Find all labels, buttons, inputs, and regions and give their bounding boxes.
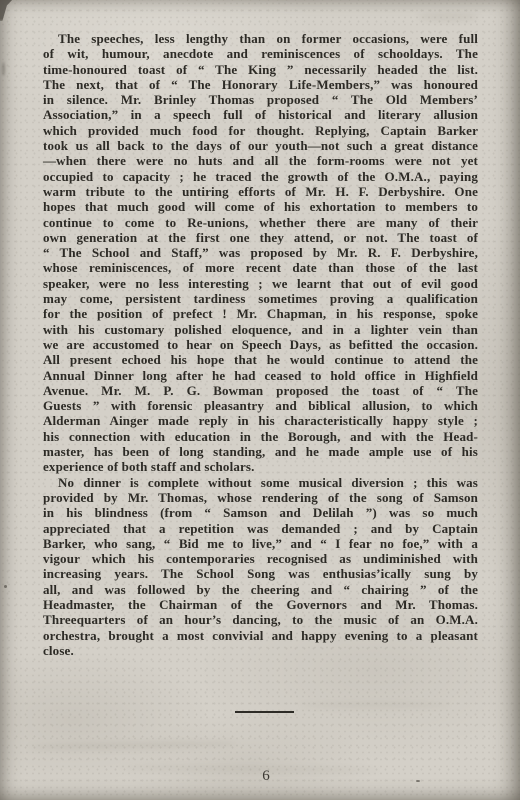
text-line: time-honoured toast of “ The King ” nece… [43,62,478,77]
text-line: Barker, who sang, “ Bid me to live,” and… [43,536,478,551]
text-line: The next, that of “ The Honorary Life-Me… [43,77,478,92]
text-line: The speeches, less lengthy than on forme… [43,31,478,46]
text-line: for the position of prefect ! Mr. Chapma… [43,306,478,321]
text-line: Annual Dinner long after he had ceased t… [43,368,478,383]
text-line: orchestra, brought a most convivial and … [43,628,478,643]
text-line: experience of both staff and scholars. [43,459,478,474]
text-line: of wit, humour, anecdote and reminiscenc… [43,46,478,61]
text-line: own generation at the first one they att… [43,230,478,245]
text-line: whose reminiscences, of more recent date… [43,260,478,275]
text-line: Avenue. Mr. M. P. G. Bowman proposed the… [43,383,478,398]
text-line: warm tribute to the untiring efforts of … [43,184,478,199]
text-line: in silence. Mr. Brinley Thomas proposed … [43,92,478,107]
text-line: vigour which his contemporaries recognis… [43,551,478,566]
text-line: Threequarters of an hour’s dancing, to t… [43,612,478,627]
showthrough-smudge [418,12,478,22]
text-line: which provided much food for thought. Re… [43,123,478,138]
text-line: may come, persistent tardiness sometimes… [43,291,478,306]
text-line: increasing years. The School Song was en… [43,566,478,581]
text-line: in his blindness (from “ Samson and Deli… [43,505,478,520]
text-block: The speeches, less lengthy than on forme… [43,31,478,658]
showthrough-smudge [120,765,380,774]
text-line: —when there were no huts and all the for… [43,153,478,168]
text-line: Guests ” with forensic pleasantry and bi… [43,398,478,413]
text-line: “ The School and Staff,” was proposed by… [43,245,478,260]
text-line: No dinner is complete without some music… [43,475,478,490]
text-line: master, has been of long standing, and h… [43,444,478,459]
document-page: The speeches, less lengthy than on forme… [0,0,520,800]
scan-corner-mark [0,0,15,21]
text-line: took us all back to the days of our yout… [43,138,478,153]
text-line: we are accustomed to hear on Speech Days… [43,337,478,352]
text-line: with his customary polished eloquence, a… [43,322,478,337]
text-line: hopes that much good will come of his ex… [43,199,478,214]
text-line: all, and was followed by the cheering an… [43,582,478,597]
text-line: occupied to capacity ; he traced the gro… [43,169,478,184]
page-number: 6 [257,768,275,785]
text-line: Alderman Ainger made reply in his charac… [43,413,478,428]
ink-speck [2,62,5,76]
showthrough-smudge [300,702,450,708]
text-line: close. [43,643,478,658]
ink-speck [4,585,7,588]
showthrough-smudge [28,740,238,751]
text-line: continue to come to Re-unions, whether t… [43,215,478,230]
ink-speck [416,780,420,782]
text-line: his connection with education in the Bor… [43,429,478,444]
text-line: Association,” in a speech full of histor… [43,107,478,122]
text-line: appreciated that a repetition was demand… [43,521,478,536]
text-line: All present echoed his hope that he woul… [43,352,478,367]
text-line: provided by Mr. Thomas, whose rendering … [43,490,478,505]
text-line: speaker, were no less interesting ; we l… [43,276,478,291]
text-line: Headmaster, the Chairman of the Governor… [43,597,478,612]
section-divider-rule [235,711,294,713]
